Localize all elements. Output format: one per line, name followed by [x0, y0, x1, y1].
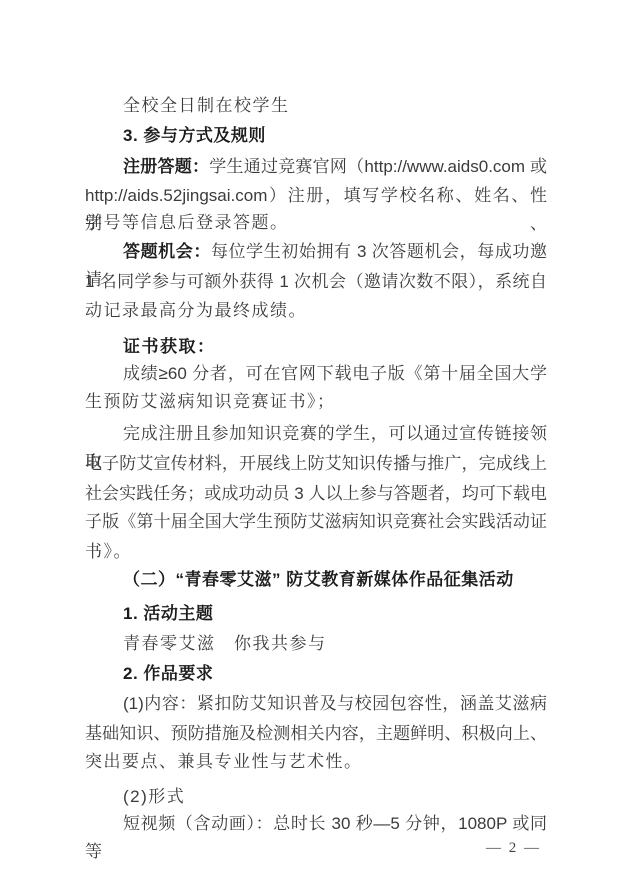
doc-line: 注册答题：学生通过竞赛官网（http://www.aids0.com 或 [85, 153, 547, 181]
heading-text: 2. 作品要求 [123, 664, 213, 683]
doc-line: 生预防艾滋病知识竞赛证书》； [85, 388, 547, 416]
heading-text: 3. 参与方式及规则 [123, 126, 266, 145]
page-number: — 2 — [486, 840, 541, 857]
doc-line: (1)内容：紧扣防艾知识普及与校园包容性，涵盖艾滋病 [85, 690, 547, 718]
line-lead-bold: 注册答题： [123, 157, 209, 176]
heading-text: 证书获取： [123, 337, 216, 356]
doc-line: 学号等信息后登录答题。 [85, 209, 547, 237]
line-text: 青春零艾滋 你我共参与 [123, 634, 327, 653]
doc-line: 社会实践任务；或成功动员 3 人以上参与答题者，均可下载电 [85, 480, 547, 508]
line-text: 学生通过竞赛官网（http://www.aids0.com 或 [209, 157, 547, 176]
section-heading: （二）“青春零艾滋” 防艾教育新媒体作品征集活动 [85, 566, 547, 594]
doc-line: (2)形式 [85, 783, 547, 811]
doc-line: 突出要点、兼具专业性与艺术性。 [85, 748, 547, 776]
line-text: 电子防艾宣传材料，开展线上防艾知识传播与推广，完成线上 [85, 454, 547, 473]
sub-heading: 证书获取： [85, 333, 547, 361]
doc-line: 动记录最高分为最终成绩。 [85, 297, 547, 325]
doc-line: 电子防艾宣传材料，开展线上防艾知识传播与推广，完成线上 [85, 450, 547, 478]
section-heading: 3. 参与方式及规则 [85, 122, 547, 150]
line-text: 短视频（含动画）：总时长 30 秒—5 分钟，1080P 或同等 [85, 814, 547, 861]
sub-heading: 2. 作品要求 [85, 660, 547, 688]
heading-text: 1. 活动主题 [123, 604, 213, 623]
line-text: 社会实践任务；或成功动员 3 人以上参与答题者，均可下载电 [85, 484, 547, 503]
line-text: (2)形式 [123, 787, 185, 806]
doc-line: 成绩≥60 分者，可在官网下载电子版《第十届全国大学 [85, 360, 547, 388]
sub-heading: 1. 活动主题 [85, 600, 547, 628]
line-text: 成绩≥60 分者，可在官网下载电子版《第十届全国大学 [123, 364, 547, 383]
doc-line: 短视频（含动画）：总时长 30 秒—5 分钟，1080P 或同等 [85, 810, 547, 838]
line-text: 书》。 [85, 542, 132, 561]
heading-text: （二）“青春零艾滋” 防艾教育新媒体作品征集活动 [123, 570, 514, 589]
doc-line: 基础知识、预防措施及检测相关内容，主题鲜明、积极向上、 [85, 720, 547, 748]
line-text: 突出要点、兼具专业性与艺术性。 [85, 752, 363, 771]
line-text: 1 名同学参与可额外获得 1 次机会（邀请次数不限），系统自 [85, 272, 547, 291]
document-page: 全校全日制在校学生 3. 参与方式及规则 注册答题：学生通过竞赛官网（http:… [0, 0, 631, 893]
doc-line: 子版《第十届全国大学生预防艾滋病知识竞赛社会实践活动证 [85, 508, 547, 536]
line-text: 全校全日制在校学生 [123, 96, 290, 115]
line-text: 基础知识、预防措施及检测相关内容，主题鲜明、积极向上、 [85, 724, 547, 743]
line-text: (1)内容：紧扣防艾知识普及与校园包容性，涵盖艾滋病 [123, 694, 547, 713]
line-lead-bold: 答题机会： [123, 242, 211, 261]
doc-line: 青春零艾滋 你我共参与 [85, 630, 547, 658]
line-text: 子版《第十届全国大学生预防艾滋病知识竞赛社会实践活动证 [85, 512, 547, 531]
line-text: 学号等信息后登录答题。 [85, 213, 289, 232]
line-text: 动记录最高分为最终成绩。 [85, 301, 307, 320]
doc-line: 书》。 [85, 538, 547, 566]
line-text: 生预防艾滋病知识竞赛证书》； [85, 392, 336, 411]
doc-line: 答题机会：每位学生初始拥有 3 次答题机会，每成功邀请 [85, 238, 547, 266]
doc-line: http://aids.52jingsai.com）注册，填写学校名称、姓名、性… [85, 182, 547, 210]
doc-line: 全校全日制在校学生 [85, 92, 547, 120]
doc-line: 1 名同学参与可额外获得 1 次机会（邀请次数不限），系统自 [85, 268, 547, 296]
doc-line: 完成注册且参加知识竞赛的学生，可以通过宣传链接领取 [85, 420, 547, 448]
